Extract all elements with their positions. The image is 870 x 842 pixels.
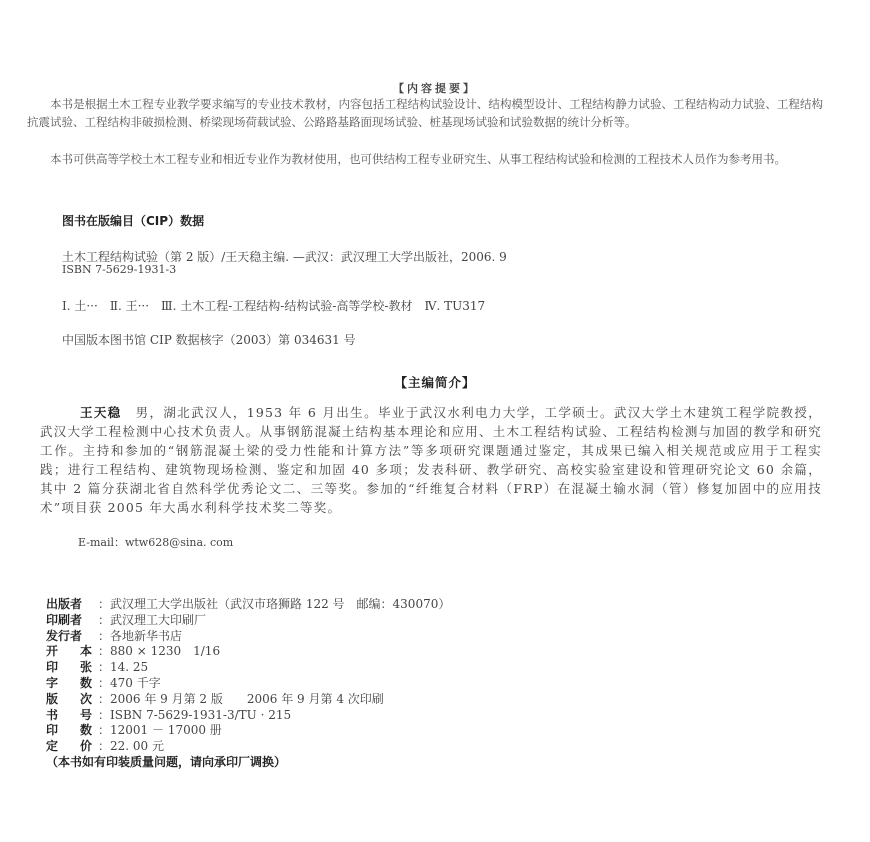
author-name: 王天稳 <box>80 405 122 420</box>
colophon-value: ：14. 25 <box>98 660 148 674</box>
colophon-row-word-count: 字数：470 千字 <box>46 676 450 692</box>
colophon-row-price: 定价：22. 00 元 <box>46 739 450 755</box>
colophon-label: 字数 <box>46 676 98 692</box>
cip-classification-line: Ⅰ. 土··· Ⅱ. 王··· Ⅲ. 土木工程-工程结构-结构试验-高等学校-教… <box>62 297 485 314</box>
cip-record-number: 中国版本图书馆 CIP 数据核字（2003）第 034631 号 <box>62 331 356 348</box>
colophon-row-format: 开本：880 × 1230 1/16 <box>46 644 450 660</box>
cip-isbn-line: ISBN 7-5629-1931-3 <box>62 263 176 276</box>
summary-paragraph: 本书可供高等学校土木工程专业和相近专业作为教材使用，也可供结构工程专业研究生、从… <box>27 150 823 168</box>
colophon-value: ：武汉理工大印刷厂 <box>98 613 206 627</box>
colophon-label: 发行者 <box>46 629 98 645</box>
colophon-label: 印数 <box>46 723 98 739</box>
colophon-value: ：470 千字 <box>98 676 161 690</box>
colophon-value: ：22. 00 元 <box>98 739 164 753</box>
colophon-label: 书号 <box>46 708 98 724</box>
colophon: 出版者：武汉理工大学出版社（武汉市珞狮路 122 号 邮编：430070） 印刷… <box>46 597 450 771</box>
colophon-row-distributor: 发行者：各地新华书店 <box>46 629 450 645</box>
author-email: E-mail：wtw628@sina. com <box>78 534 233 550</box>
author-bio: 王天稳男，湖北武汉人，1953 年 6 月出生。毕业于武汉水利电力大学，工学硕士… <box>40 403 822 517</box>
author-bio-text: 男，湖北武汉人，1953 年 6 月出生。毕业于武汉水利电力大学，工学硕士。武汉… <box>40 405 822 515</box>
cip-heading: 图书在版编目（CIP）数据 <box>62 212 204 229</box>
colophon-value: ：12001 － 17000 册 <box>98 723 222 737</box>
colophon-value: ：武汉理工大学出版社（武汉市珞狮路 122 号 邮编：430070） <box>98 597 450 611</box>
author-heading: 【主编简介】 <box>0 373 870 391</box>
colophon-value: ：各地新华书店 <box>98 629 182 643</box>
colophon-value: ：880 × 1230 1/16 <box>98 644 220 658</box>
colophon-row-publisher: 出版者：武汉理工大学出版社（武汉市珞狮路 122 号 邮编：430070） <box>46 597 450 613</box>
colophon-row-edition: 版次：2006 年 9 月第 2 版 2006 年 9 月第 4 次印刷 <box>46 692 450 708</box>
summary-heading: 【内容提要】 <box>0 80 870 96</box>
colophon-note: （本书如有印装质量问题，请向承印厂调换） <box>46 755 450 771</box>
colophon-row-print-run: 印数：12001 － 17000 册 <box>46 723 450 739</box>
colophon-row-printer: 印刷者：武汉理工大印刷厂 <box>46 613 450 629</box>
colophon-label: 印刷者 <box>46 613 98 629</box>
colophon-label: 印张 <box>46 660 98 676</box>
colophon-label: 开本 <box>46 644 98 660</box>
colophon-row-isbn: 书号：ISBN 7-5629-1931-3/TU · 215 <box>46 708 450 724</box>
colophon-value: ：2006 年 9 月第 2 版 2006 年 9 月第 4 次印刷 <box>98 692 384 706</box>
colophon-label: 出版者 <box>46 597 98 613</box>
colophon-row-sheets: 印张：14. 25 <box>46 660 450 676</box>
summary-paragraph: 本书是根据土木工程专业教学要求编写的专业技术教材，内容包括工程结构试验设计、结构… <box>27 95 823 131</box>
colophon-value: ：ISBN 7-5629-1931-3/TU · 215 <box>98 708 291 722</box>
colophon-label: 版次 <box>46 692 98 708</box>
colophon-label: 定价 <box>46 739 98 755</box>
